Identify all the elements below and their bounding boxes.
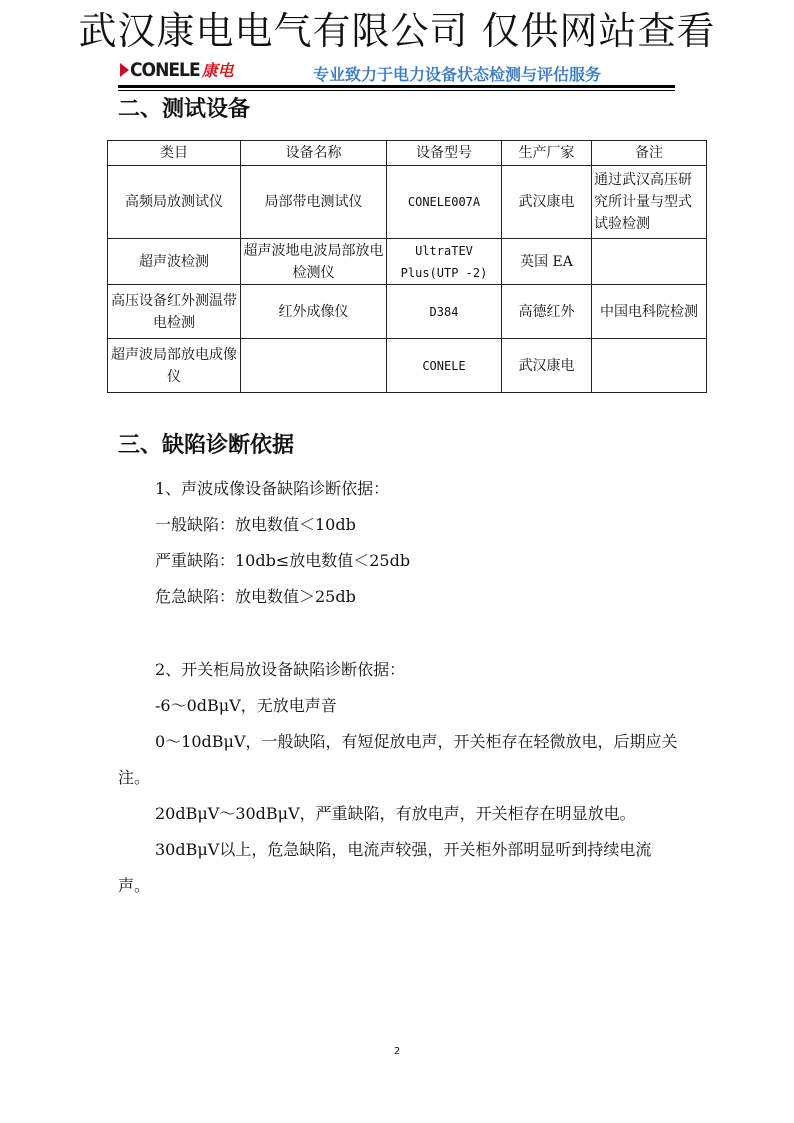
table-header-row: 类目 设备名称 设备型号 生产厂家 备注 [108, 141, 707, 166]
header-cell: 设备型号 [387, 141, 502, 166]
table-cell: 高压设备红外测温带电检测 [108, 285, 241, 339]
table-cell: UltraTEV Plus(UTP -2) [387, 239, 502, 285]
table-cell [241, 339, 387, 393]
table-cell: CONELE007A [387, 166, 502, 239]
part1-line: 严重缺陷：10db≤放电数值＜25db [118, 543, 678, 579]
part2-heading: 2、开关柜局放设备缺陷诊断依据： [118, 652, 678, 688]
page-number: 2 [0, 1046, 794, 1057]
logo-triangle-icon [120, 63, 129, 77]
table-cell: 局部带电测试仪 [241, 166, 387, 239]
company-logo: CONELE 康电 [120, 58, 234, 81]
table-cell: 高频局放测试仪 [108, 166, 241, 239]
table-cell [592, 339, 707, 393]
table-cell: 武汉康电 [502, 339, 592, 393]
table-row: 超声波检测 超声波地电波局部放电检测仪 UltraTEV Plus(UTP -2… [108, 239, 707, 285]
equipment-table: 类目 设备名称 设备型号 生产厂家 备注 高频局放测试仪 局部带电测试仪 CON… [107, 140, 707, 393]
logo-chinese: 康电 [202, 58, 234, 81]
part1-heading: 1、声波成像设备缺陷诊断依据： [118, 471, 678, 507]
part2-line: -6～0dBμV，无放电声音 [118, 688, 678, 724]
table-cell: 武汉康电 [502, 166, 592, 239]
header-rule-thin [118, 90, 675, 91]
table-cell: 英国 EA [502, 239, 592, 285]
table-cell [592, 239, 707, 285]
diagnosis-part1: 1、声波成像设备缺陷诊断依据： 一般缺陷：放电数值＜10db 严重缺陷：10db… [118, 471, 678, 615]
table-cell: 红外成像仪 [241, 285, 387, 339]
table-row: 高频局放测试仪 局部带电测试仪 CONELE007A 武汉康电 通过武汉高压研究… [108, 166, 707, 239]
section-title-diagnosis: 三、缺陷诊断依据 [118, 428, 294, 459]
section-title-equipment: 二、测试设备 [118, 92, 250, 123]
part1-line: 一般缺陷：放电数值＜10db [118, 507, 678, 543]
part1-line: 危急缺陷：放电数值＞25db [118, 579, 678, 615]
part2-line: 20dBμV～30dBμV，严重缺陷，有放电声，开关柜存在明显放电。 [118, 796, 678, 832]
header-rule-thick [118, 85, 675, 88]
part2-line: 30dBμV以上，危急缺陷，电流声较强，开关柜外部明显听到持续电流声。 [118, 832, 678, 904]
logo-text: CONELE [130, 59, 200, 81]
table-row: 超声波局部放电成像仪 CONELE 武汉康电 [108, 339, 707, 393]
header-cell: 备注 [592, 141, 707, 166]
table-row: 高压设备红外测温带电检测 红外成像仪 D384 高德红外 中国电科院检测 [108, 285, 707, 339]
table-cell: 中国电科院检测 [592, 285, 707, 339]
table-cell: 超声波检测 [108, 239, 241, 285]
header-cell: 生产厂家 [502, 141, 592, 166]
diagnosis-part2: 2、开关柜局放设备缺陷诊断依据： -6～0dBμV，无放电声音 0～10dBμV… [118, 652, 678, 904]
table-cell: D384 [387, 285, 502, 339]
table-cell: CONELE [387, 339, 502, 393]
part2-line: 0～10dBμV，一般缺陷，有短促放电声，开关柜存在轻微放电，后期应关注。 [118, 724, 678, 796]
slogan: 专业致力于电力设备状态检测与评估服务 [313, 62, 601, 85]
header-cell: 类目 [108, 141, 241, 166]
table-cell: 通过武汉高压研究所计量与型式试验检测 [592, 166, 707, 239]
page-header: CONELE 康电 专业致力于电力设备状态检测与评估服务 [118, 56, 678, 86]
table-cell: 高德红外 [502, 285, 592, 339]
table-cell: 超声波地电波局部放电检测仪 [241, 239, 387, 285]
table-cell: 超声波局部放电成像仪 [108, 339, 241, 393]
watermark-text: 武汉康电电气有限公司 仅供网站查看 [0, 6, 794, 56]
header-cell: 设备名称 [241, 141, 387, 166]
